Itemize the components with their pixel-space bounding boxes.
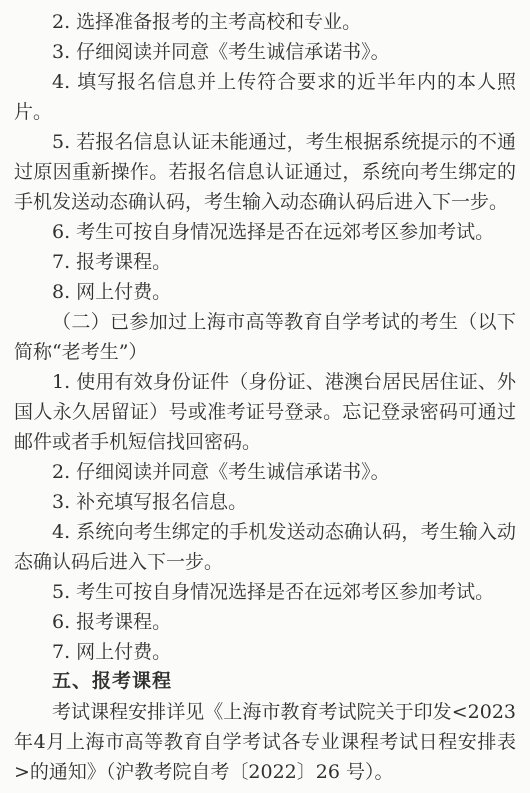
document-page: 2. 选择准备报考的主考高校和专业。3. 仔细阅读并同意《考生诚信承诺书》。4.… [0, 0, 530, 793]
paragraph: 2. 仔细阅读并同意《考生诚信承诺书》。 [14, 457, 516, 487]
paragraph: 7. 网上付费。 [14, 637, 516, 667]
paragraph: 3. 仔细阅读并同意《考生诚信承诺书》。 [14, 37, 516, 67]
paragraph: 6. 报考课程。 [14, 607, 516, 637]
paragraph: 8. 网上付费。 [14, 277, 516, 307]
paragraph: 3. 补充填写报名信息。 [14, 487, 516, 517]
paragraph: 6. 考生可按自身情况选择是否在远郊考区参加考试。 [14, 217, 516, 247]
paragraph: 考试课程安排详见《上海市教育考试院关于印发<2023年4月上海市高等教育自学考试… [14, 697, 516, 787]
paragraph: 5. 考生可按自身情况选择是否在远郊考区参加考试。 [14, 577, 516, 607]
paragraph: 5. 若报名信息认证未能通过，考生根据系统提示的不通过原因重新操作。若报名信息认… [14, 127, 516, 217]
paragraph: 7. 报考课程。 [14, 247, 516, 277]
paragraph: 1. 使用有效身份证件（身份证、港澳台居民居住证、外国人永久居留证）号或准考证号… [14, 367, 516, 457]
document-text-body: 2. 选择准备报考的主考高校和专业。3. 仔细阅读并同意《考生诚信承诺书》。4.… [14, 7, 516, 787]
paragraph: 4. 填写报名信息并上传符合要求的近半年内的本人照片。 [14, 67, 516, 127]
section-heading: 五、报考课程 [14, 667, 516, 697]
paragraph: （二）已参加过上海市高等教育自学考试的考生（以下简称“老考生”） [14, 307, 516, 367]
paragraph: 2. 选择准备报考的主考高校和专业。 [14, 7, 516, 37]
paragraph: 4. 系统向考生绑定的手机发送动态确认码，考生输入动态确认码后进入下一步。 [14, 517, 516, 577]
